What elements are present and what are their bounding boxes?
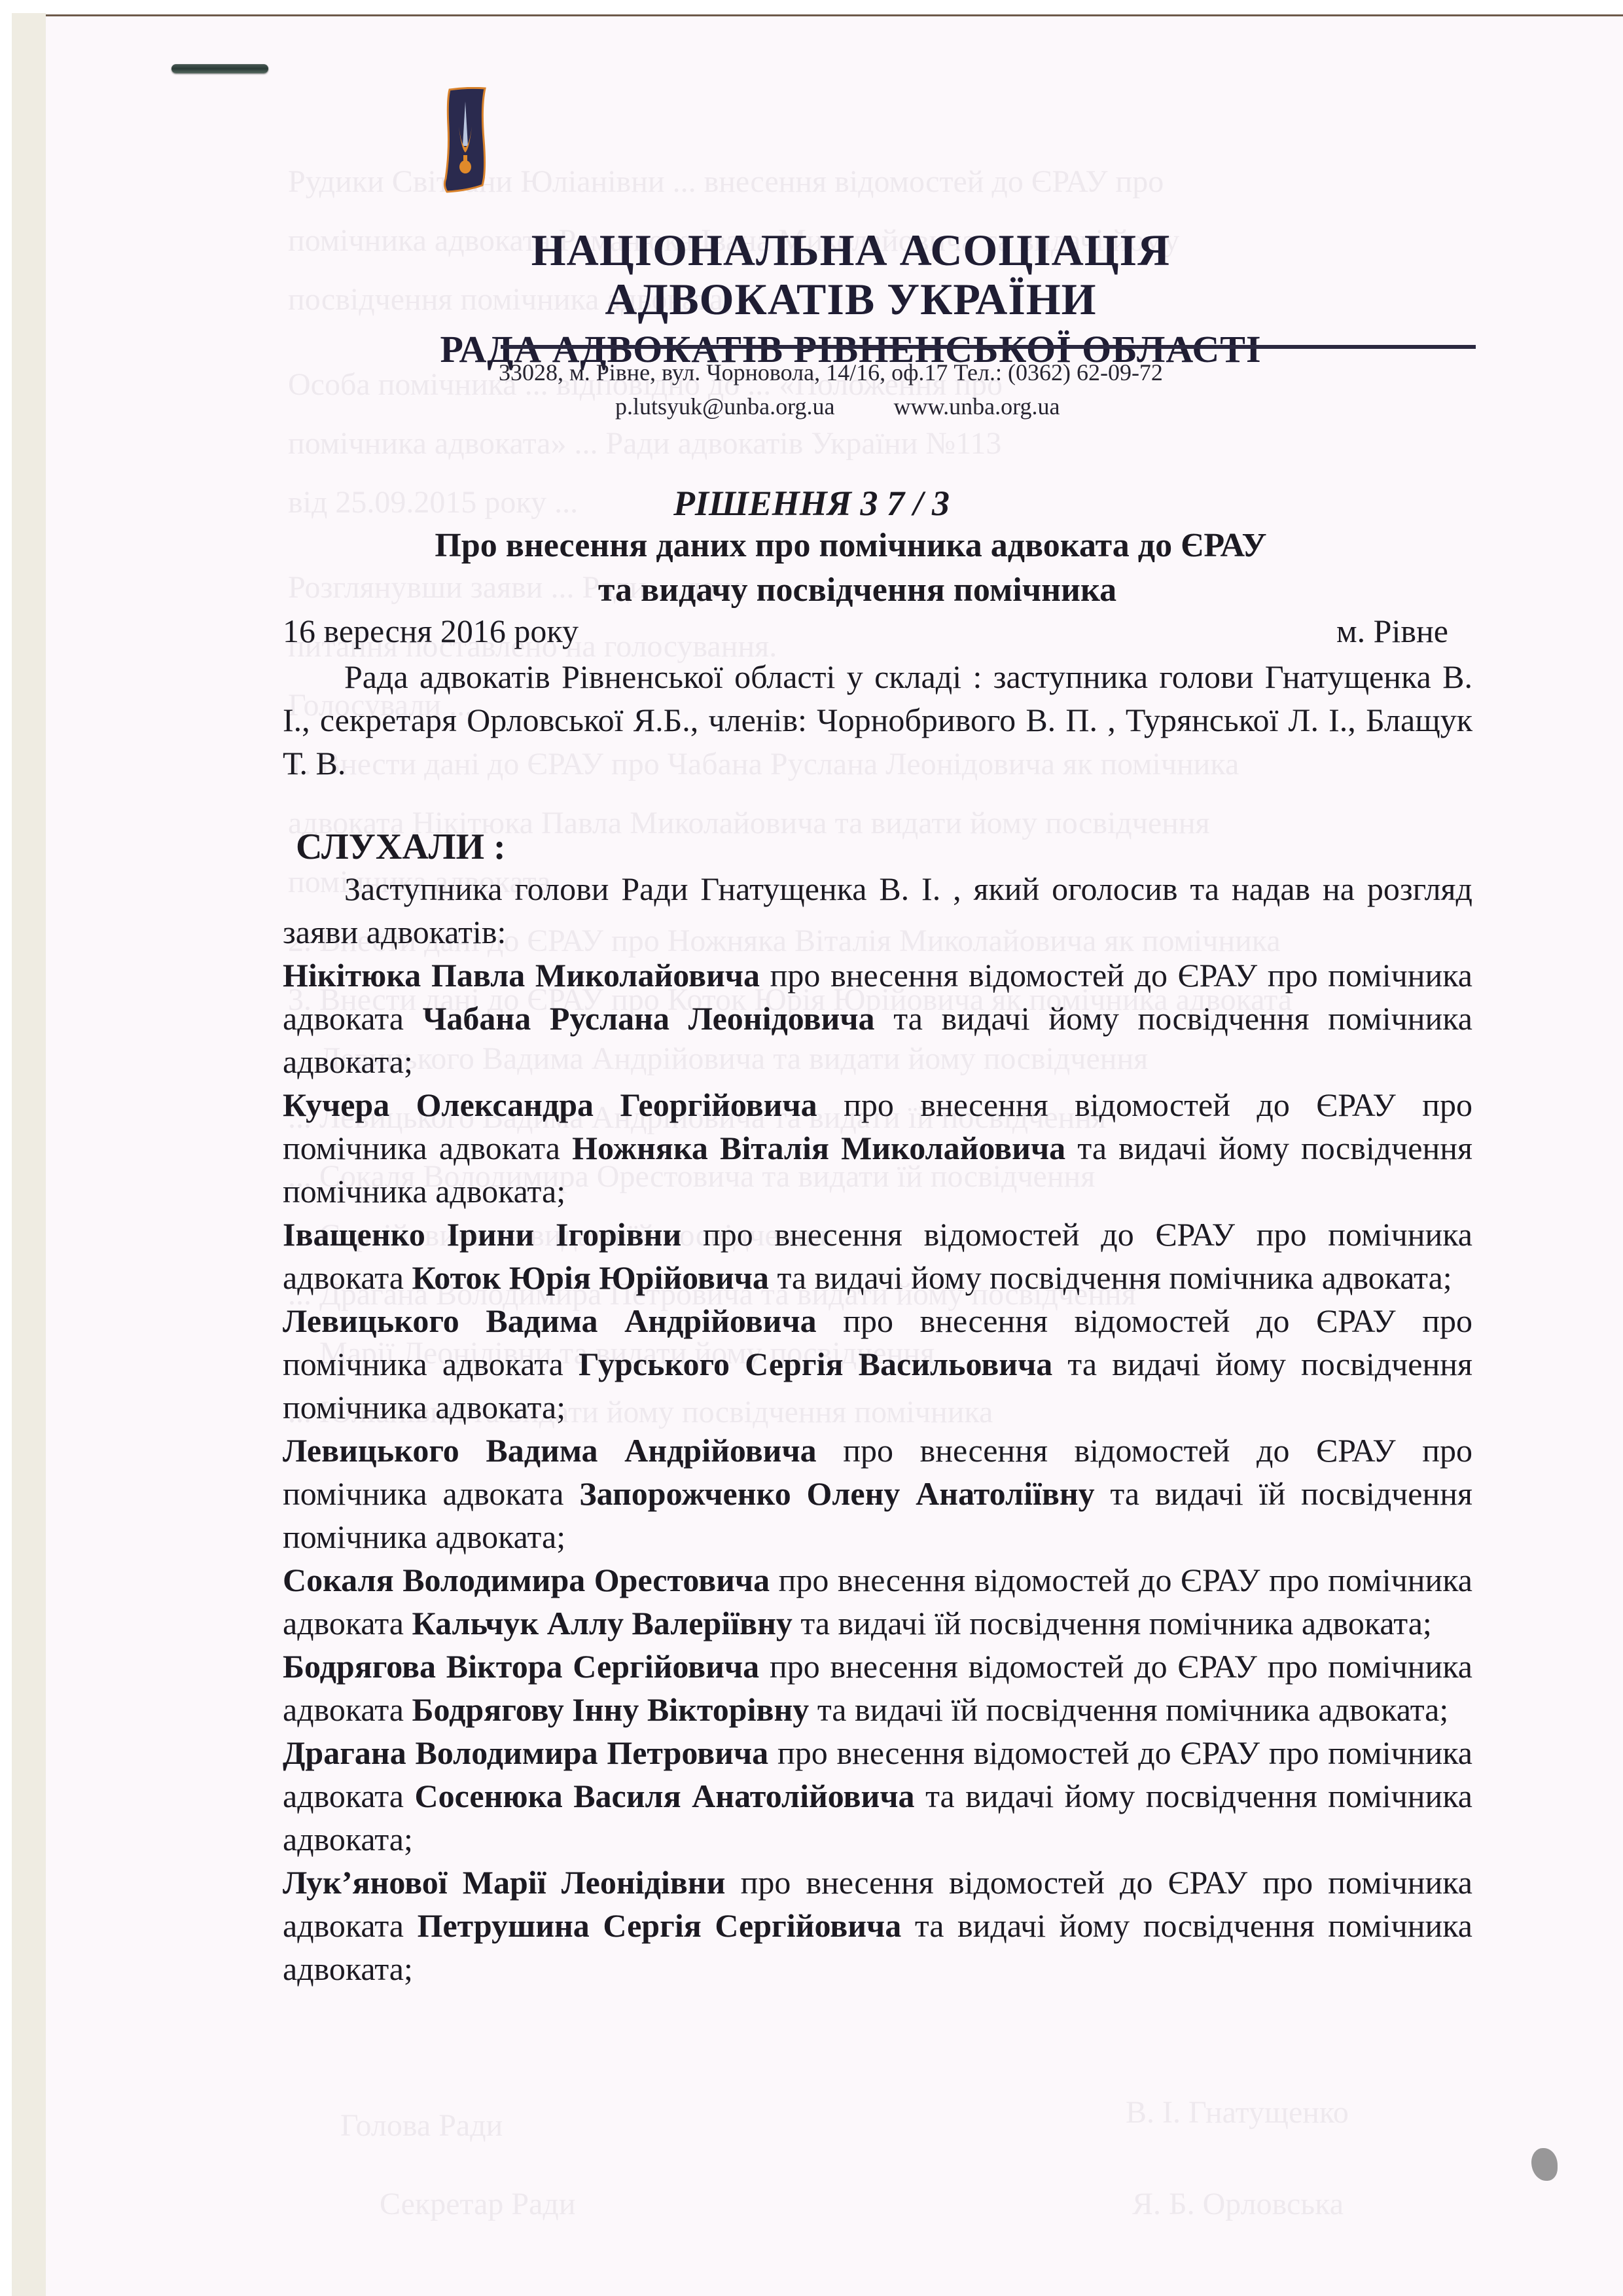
assistant-name: Ножняка Віталія Миколайовича <box>572 1130 1065 1166</box>
lawyer-name: Бодрягова Віктора Сергійовича <box>283 1648 759 1685</box>
assistant-name: Запорожченко Олену Анатоліївну <box>579 1475 1094 1512</box>
lawyer-name: Лук’янової Марії Леонідівни <box>283 1864 725 1901</box>
lawyer-name: Левицького Вадима Андрійовича <box>283 1302 817 1339</box>
decision-subject-line1: Про внесення даних про помічника адвокат… <box>0 526 1623 565</box>
assistant-name: Петрушина Сергія Сергійовича <box>418 1907 902 1944</box>
application-entry: Кучера Олександра Георгійовича про внесе… <box>283 1083 1472 1213</box>
decision-subject-line2: та видачу посвідчення помічника <box>0 571 1623 609</box>
assistant-name: Коток Юрія Юрійовича <box>412 1259 769 1296</box>
application-entry: Левицького Вадима Андрійовича про внесен… <box>283 1299 1472 1429</box>
entry-text: та видачі йому посвідчення помічника адв… <box>769 1259 1452 1296</box>
bleed-through-signature: Я. Б. Орловська <box>1132 2186 1344 2222</box>
lawyer-name: Сокаля Володимира Орестовича <box>283 1562 770 1598</box>
staple <box>171 64 268 73</box>
bleed-through-signature: Голова Ради <box>340 2108 503 2144</box>
decision-date: 16 вересня 2016 року <box>283 612 579 650</box>
lawyer-name: Левицького Вадима Андрійовича <box>283 1432 817 1469</box>
application-entry: Левицького Вадима Андрійовича про внесен… <box>283 1429 1472 1558</box>
website-link[interactable]: www.unba.org.ua <box>893 393 1060 420</box>
lawyer-name: Кучера Олександра Георгійовича <box>283 1086 817 1123</box>
heard-section: Заступника голови Ради Гнатущенка В. І. … <box>283 867 1472 1990</box>
bleed-through-signature: Секретар Ради <box>380 2186 576 2222</box>
entry-text: та видачі їй посвідчення помічника адвок… <box>793 1605 1432 1641</box>
lawyer-name: Драгана Володимира Петровича <box>283 1734 768 1771</box>
contacts: p.lutsyuk@unba.org.uawww.unba.org.ua <box>615 393 1118 420</box>
organization-name-line1: НАЦІОНАЛЬНА АСОЦІАЦІЯ <box>39 224 1623 276</box>
heard-intro: Заступника голови Ради Гнатущенка В. І. … <box>283 867 1472 954</box>
entry-text: та видачі їй посвідчення помічника адвок… <box>809 1691 1448 1728</box>
bleed-through-line: помічника адвоката» ... Ради адвокатів У… <box>288 425 1001 461</box>
assistant-name: Кальчук Аллу Валеріївну <box>412 1605 793 1641</box>
application-entry: Лук’янової Марії Леонідівни про внесення… <box>283 1861 1472 1990</box>
composition-text: Рада адвокатів Рівненської області у скл… <box>283 655 1472 785</box>
application-entry: Сокаля Володимира Орестовича про внесенн… <box>283 1558 1472 1645</box>
decision-title: РІШЕННЯ 3 7 / 3 <box>0 483 1623 524</box>
assistant-name: Чабана Руслана Леонідовича <box>423 1000 875 1037</box>
council-composition: Рада адвокатів Рівненської області у скл… <box>283 655 1472 785</box>
assistant-name: Гурського Сергія Васильовича <box>579 1346 1052 1382</box>
quill-trident-scroll-icon <box>442 87 489 193</box>
heard-heading: СЛУХАЛИ : <box>296 826 506 868</box>
email-link[interactable]: p.lutsyuk@unba.org.ua <box>615 393 834 420</box>
application-entry: Іващенко Ірини Ігорівни про внесення від… <box>283 1213 1472 1299</box>
lawyer-name: Іващенко Ірини Ігорівни <box>283 1216 681 1253</box>
bleed-through-signature: В. І. Гнатущенко <box>1126 2094 1349 2130</box>
organization-name-line2: АДВОКАТІВ УКРАЇНИ <box>39 274 1623 325</box>
lawyer-name: Нікітюка Павла Миколайовича <box>283 957 760 994</box>
postal-address: 33028, м. Рівне, вул. Чорновола, 14/16, … <box>499 359 1480 386</box>
assistant-name: Бодрягову Інну Вікторівну <box>412 1691 810 1728</box>
header-divider <box>501 345 1476 349</box>
application-entry: Драгана Володимира Петровича про внесенн… <box>283 1731 1472 1861</box>
bleed-through-line: Рудики Світлани Юліанівни ... внесення в… <box>288 164 1164 200</box>
applications-list: Нікітюка Павла Миколайовича про внесення… <box>283 954 1472 1990</box>
assistant-name: Сосенюка Василя Анатолійовича <box>415 1778 915 1814</box>
application-entry: Бодрягова Віктора Сергійовича про внесен… <box>283 1645 1472 1731</box>
application-entry: Нікітюка Павла Миколайовича про внесення… <box>283 954 1472 1083</box>
decision-city: м. Рівне <box>1336 612 1448 650</box>
